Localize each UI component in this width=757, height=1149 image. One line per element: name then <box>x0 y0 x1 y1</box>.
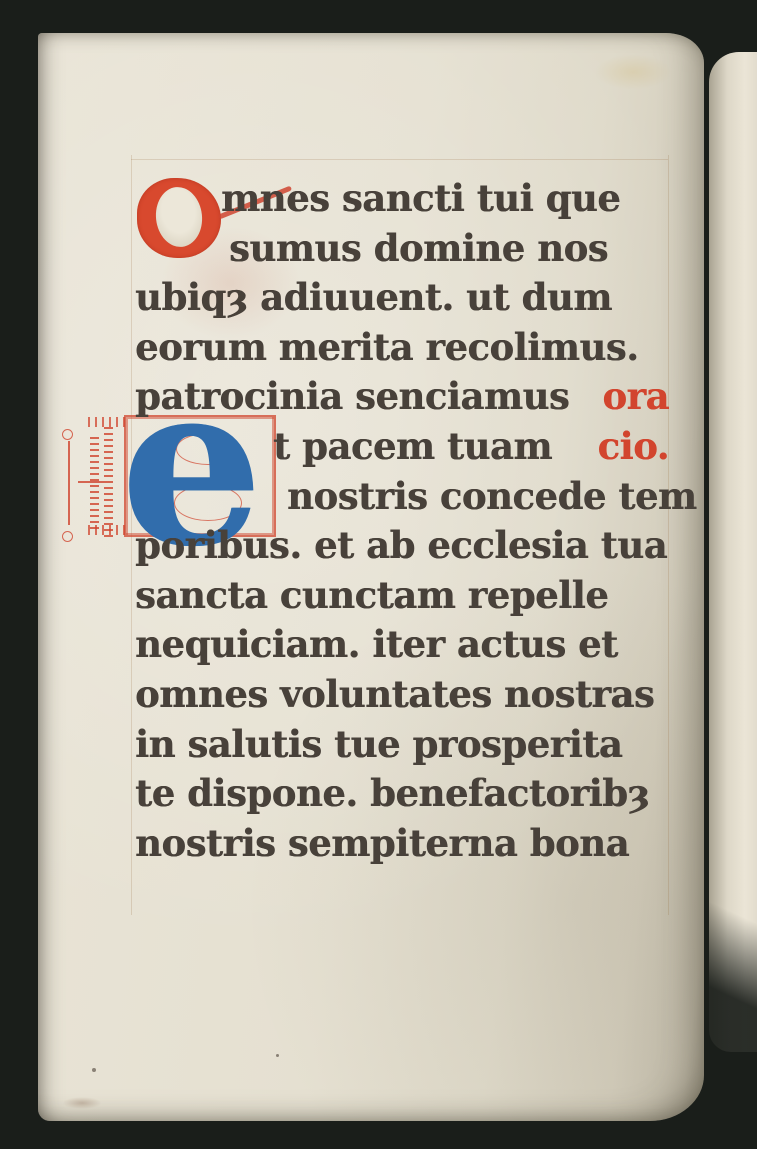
penwork-flourish-line <box>68 441 70 525</box>
text-line: eorum merita recolimus. <box>135 325 669 375</box>
manuscript-photo: e mnes sancti tui que sumus domine nos u… <box>0 0 757 1149</box>
ruling-line-horizontal-top <box>131 159 668 160</box>
text-line: ubiqȝ adiuuent. ut dum <box>135 275 669 325</box>
text-line: te dispone. benefactoribȝ <box>135 771 669 821</box>
text-line: patrocinia senciamus ora <box>135 374 669 424</box>
parchment-page: e mnes sancti tui que sumus domine nos u… <box>38 33 704 1121</box>
line-text: poribus. et ab ecclesia tua <box>135 523 667 567</box>
book-fore-edge <box>709 52 757 1052</box>
line-text: nostris sempiterna bona <box>135 821 629 865</box>
line-text: t pacem tuam <box>273 424 552 468</box>
parchment-stain <box>578 47 688 97</box>
text-line: omnes voluntates nostras <box>135 672 669 722</box>
text-block: mnes sancti tui que sumus domine nos ubi… <box>135 176 669 870</box>
rubric-text: cio. <box>598 424 670 468</box>
line-text: sumus domine nos <box>229 226 608 270</box>
line-text: in salutis tue prosperita <box>135 722 622 766</box>
line-text: eorum merita recolimus. <box>135 325 638 369</box>
line-text: ubiqȝ adiuuent. ut dum <box>135 275 612 319</box>
parchment-smudge <box>56 1095 108 1111</box>
penwork-flourish-bar <box>78 481 104 483</box>
penwork-comb <box>104 425 113 537</box>
rubric-text: ora <box>602 374 669 418</box>
penwork-flourish-circle <box>62 531 73 542</box>
text-line: sancta cunctam repelle <box>135 573 669 623</box>
line-text: omnes voluntates nostras <box>135 672 654 716</box>
line-text: nostris concede tem <box>287 474 697 518</box>
text-line: t pacem tuam cio. <box>135 424 669 474</box>
line-text: te dispone. benefactoribȝ <box>135 771 649 815</box>
text-line: sumus domine nos <box>135 226 669 276</box>
text-line: nequiciam. iter actus et <box>135 622 669 672</box>
line-text: patrocinia senciamus <box>135 374 569 418</box>
parchment-speck <box>276 1054 279 1057</box>
line-text: mnes sancti tui que <box>221 176 620 220</box>
penwork-flourish-circle <box>62 429 73 440</box>
parchment-speck <box>92 1068 96 1072</box>
line-text: nequiciam. iter actus et <box>135 622 618 666</box>
text-line: in salutis tue prosperita <box>135 722 669 772</box>
text-line: nostris sempiterna bona <box>135 821 669 871</box>
text-line: nostris concede tem <box>135 474 669 524</box>
line-text: sancta cunctam repelle <box>135 573 608 617</box>
text-line: mnes sancti tui que <box>135 176 669 226</box>
text-line: poribus. et ab ecclesia tua <box>135 523 669 573</box>
